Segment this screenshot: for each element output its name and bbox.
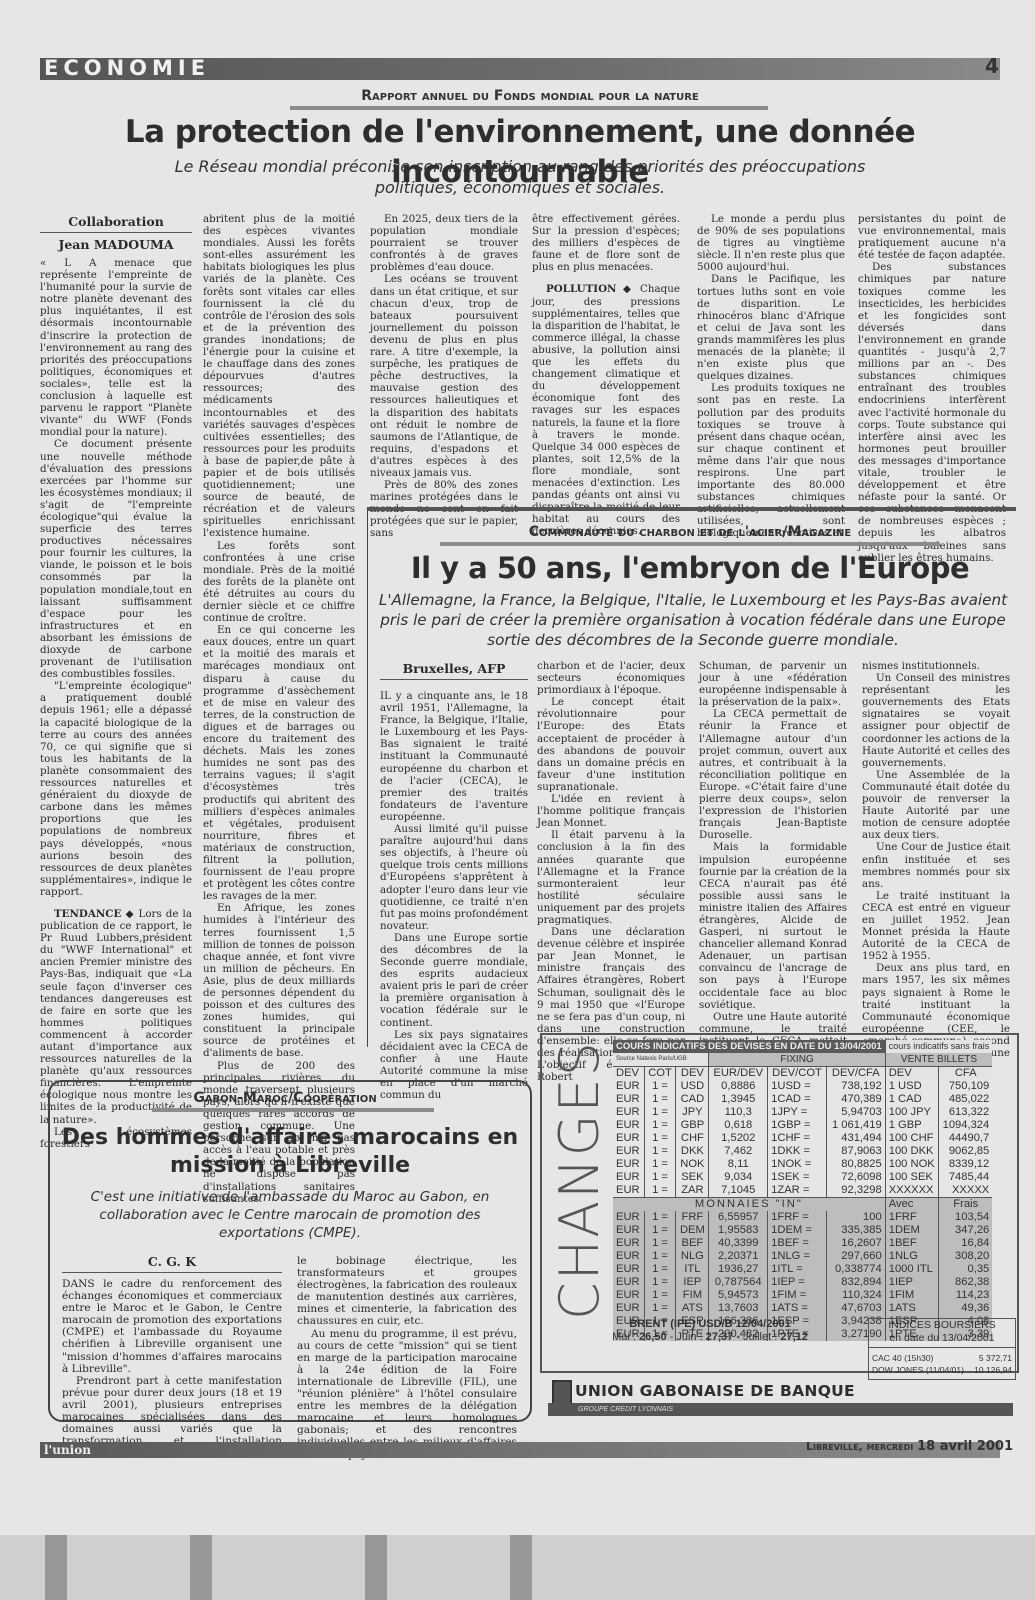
currency-row: EUR1 =DKK7,4621DKK =87,9063100 DKK9062,8…: [613, 1145, 992, 1158]
currency-cell: 1 =: [644, 1289, 676, 1302]
currency-cell: 100 DKK: [885, 1145, 938, 1158]
kicker-underline: [290, 106, 768, 110]
currency-cell: 6,55957: [709, 1211, 768, 1224]
currency-cell: 0,618: [709, 1119, 768, 1132]
paragraph: Le concept était révolutionnaire pour l'…: [537, 696, 685, 793]
currency-cell: 431,494: [826, 1132, 885, 1145]
currency-cell: FRF: [676, 1211, 709, 1224]
currency-cell: 8339,12: [939, 1158, 993, 1171]
currency-row: EUR1 =NOK8,111NOK =80,8825100 NOK8339,12: [613, 1158, 992, 1171]
brent-month: Juillet: [743, 1331, 771, 1343]
currency-cell: 1 =: [644, 1093, 676, 1106]
currency-cell: EUR: [613, 1276, 644, 1289]
currency-cell: 1 =: [644, 1302, 676, 1315]
article3-column-1: C. G. K DANS le cadre du renforcement de…: [62, 1253, 282, 1459]
currency-row: EUR1 =IEP0,7875641IEP =832,8941IEP862,38: [613, 1276, 992, 1289]
currency-cell: 40,3399: [709, 1237, 768, 1250]
article3-kicker: Gabon-Maroc/Coopération: [140, 1090, 430, 1106]
brent-value: 27,37: [706, 1331, 734, 1343]
byline: C. G. K: [62, 1253, 282, 1270]
bank-group: GROUPE CREDIT LYONNAIS: [548, 1403, 1013, 1416]
col-header: CFA: [939, 1067, 993, 1081]
currency-cell: 0,338774: [826, 1263, 885, 1276]
currency-cell: 1BEF =: [768, 1237, 827, 1250]
right-note: cours indicatifs sans frais: [885, 1040, 992, 1053]
currency-cell: 1USD =: [768, 1080, 827, 1093]
currency-row: EUR1 =GBP0,6181GBP =1 061,4191 GBP1094,3…: [613, 1119, 992, 1132]
col-header: EUR/DEV: [709, 1067, 768, 1081]
currency-cell: EUR: [613, 1158, 644, 1171]
currency-cell: 1094,324: [939, 1119, 993, 1132]
article1-kicker: Rapport annuel du Fonds mondial pour la …: [260, 88, 800, 104]
currency-cell: 1 =: [644, 1184, 676, 1198]
currency-cell: EUR: [613, 1080, 644, 1093]
currency-cell: BEF: [676, 1237, 709, 1250]
currency-cell: 832,894: [826, 1276, 885, 1289]
article2-top-rule: [368, 507, 1016, 511]
currency-cell: 1NOK =: [768, 1158, 827, 1171]
brent-prices: Mai : 26,50 - Juin : 27,37 - Juillet : 2…: [560, 1331, 860, 1344]
currency-cell: EUR: [613, 1211, 644, 1224]
indices-date: en date du 13/04/2001: [869, 1332, 1015, 1348]
paragraph: Des substances chimiques par nature toxi…: [858, 261, 1006, 563]
kicker-underline: [152, 1108, 434, 1112]
paragraph: La CECA permettait de réunir la France e…: [699, 708, 847, 841]
currency-cell: 738,192: [826, 1080, 885, 1093]
brent-month: Juin: [676, 1331, 696, 1343]
currency-cell: 100 CHF: [885, 1132, 938, 1145]
currency-cell: 1DEM: [885, 1224, 938, 1237]
date-prefix: Libreville, mercredi: [806, 1440, 913, 1453]
currency-cell: EUR: [613, 1171, 644, 1184]
kicker-underline: [440, 542, 940, 546]
date-value: 18 avril 2001: [917, 1439, 1013, 1454]
currency-cell: 470,389: [826, 1093, 885, 1106]
currency-cell: 750,109: [939, 1080, 993, 1093]
currency-cell: CHF: [676, 1132, 709, 1145]
currency-cell: 0,8886: [709, 1080, 768, 1093]
col-header: DEV/COT: [768, 1067, 827, 1081]
currency-cell: 1FIM: [885, 1289, 938, 1302]
currency-table-title: COURS INDICATIFS DES DEVISES EN DATE DU …: [613, 1040, 885, 1053]
paragraph: Aussi limité qu'il puisse paraître aujou…: [380, 823, 528, 932]
currency-cell: 100 NOK: [885, 1158, 938, 1171]
currency-cell: GBP: [676, 1119, 709, 1132]
currency-row: EUR1 =CAD1,39451CAD =470,3891 CAD485,022: [613, 1093, 992, 1106]
article1-column-3: En 2025, deux tiers de la population mon…: [370, 213, 518, 540]
currency-cell: EUR: [613, 1119, 644, 1132]
currency-cell: 1 =: [644, 1171, 676, 1184]
paragraph: Il était parvenu à la conclusion à la fi…: [537, 829, 685, 926]
currency-cell: 92,3298: [826, 1184, 885, 1198]
currency-cell: EUR: [613, 1145, 644, 1158]
currency-cell: 1ATS: [885, 1302, 938, 1315]
paragraph: Un Conseil des ministres représentant le…: [862, 672, 1010, 769]
currency-cell: 1 =: [644, 1145, 676, 1158]
currency-cell: 485,022: [939, 1093, 993, 1106]
currency-cell: USD: [676, 1080, 709, 1093]
article2-column-1: Bruxelles, AFP IL y a cinquante ans, le …: [380, 660, 528, 1101]
publication-logo: l'union: [44, 1442, 91, 1458]
currency-cell: 1 =: [644, 1106, 676, 1119]
article1-column-1: Collaboration Jean MADOUMA « L A menace …: [40, 213, 192, 1150]
source-note: Source Natexis Paris/UGB: [613, 1053, 709, 1067]
col-header: DEV: [676, 1067, 709, 1081]
currency-cell: 1JPY =: [768, 1106, 827, 1119]
paragraph: Dans une Europe sortie des décombres de …: [380, 932, 528, 1029]
brent-title: BRENT (IPE) USD/B 12/04/2001: [560, 1318, 860, 1331]
article2-column-4: nismes institutionnels. Un Conseil des m…: [862, 660, 1010, 1071]
byline-rule: [40, 232, 192, 233]
paragraph: persistantes du point de vue environneme…: [858, 213, 1006, 261]
currency-cell: EUR: [613, 1302, 644, 1315]
currency-cell: EUR: [613, 1263, 644, 1276]
paragraph: En 2025, deux tiers de la population mon…: [370, 213, 518, 273]
currency-table: COURS INDICATIFS DES DEVISES EN DATE DU …: [613, 1040, 992, 1341]
currency-cell: 1 =: [644, 1250, 676, 1263]
currency-cell: NOK: [676, 1158, 709, 1171]
currency-cell: 1BEF: [885, 1237, 938, 1250]
index-value: 5 372,71: [979, 1353, 1012, 1363]
stock-indices: INDICES BOURSIERS en date du 13/04/2001 …: [868, 1318, 1016, 1380]
paragraph: « L A menace que représente l'empreinte …: [40, 257, 192, 438]
currency-cell: 1CAD =: [768, 1093, 827, 1106]
bank-name: UNION GABONAISE DE BANQUE: [575, 1382, 855, 1400]
currency-cell: 308,20: [939, 1250, 993, 1263]
currency-cell: XXXXX: [939, 1184, 993, 1198]
paragraph: le bobinage électrique, les transformate…: [297, 1255, 517, 1328]
currency-cell: XXXXXX: [885, 1184, 938, 1198]
currency-cell: 16,84: [939, 1237, 993, 1250]
currency-cell: 8,11: [709, 1158, 768, 1171]
currency-cell: 1FRF =: [768, 1211, 827, 1224]
page-number: 4: [985, 54, 999, 78]
currency-cell: 1 CAD: [885, 1093, 938, 1106]
paragraph: Le monde a perdu plus de 90% de ses popu…: [697, 213, 845, 273]
article1-deck: Le Réseau mondial préconise son inscript…: [170, 156, 870, 198]
currency-cell: 1NLG =: [768, 1250, 827, 1263]
currency-cell: 100 JPY: [885, 1106, 938, 1119]
currency-cell: 1CHF =: [768, 1132, 827, 1145]
currency-cell: EUR: [613, 1093, 644, 1106]
currency-cell: 1 =: [644, 1224, 676, 1237]
index-row: DOW JONES (11/04/01) 10 126,94: [869, 1363, 1015, 1375]
paragraph: En Afrique, les zones humides à l'intéri…: [203, 902, 355, 1059]
paragraph: DANS le cadre du renforcement des échang…: [62, 1278, 282, 1375]
section-title: ECONOMIE: [44, 56, 210, 80]
col-header: DEV: [613, 1067, 644, 1081]
currency-cell: 1936,27: [709, 1263, 768, 1276]
currency-cell: 1 =: [644, 1211, 676, 1224]
article3-column-2: le bobinage électrique, les transformate…: [297, 1255, 517, 1461]
currency-cell: 1 =: [644, 1080, 676, 1093]
article2-column-3: Schuman, de parvenir un jour à une «fédé…: [699, 660, 847, 1071]
currency-cell: 1 061,419: [826, 1119, 885, 1132]
currency-cell: 297,660: [826, 1250, 885, 1263]
currency-cell: 1 USD: [885, 1080, 938, 1093]
paragraph: Une Assemblée de la Communauté était dot…: [862, 769, 1010, 842]
currency-cell: 1IEP: [885, 1276, 938, 1289]
currency-cell: 49,36: [939, 1302, 993, 1315]
article2-left-rule: [367, 507, 368, 1047]
currency-cell: 1 =: [644, 1237, 676, 1250]
article2-headline: Il y a 50 ans, l'embryon de l'Europe: [370, 548, 1010, 588]
currency-cell: 1DKK =: [768, 1145, 827, 1158]
paragraph: charbon et de l'acier, deux secteurs éco…: [537, 660, 685, 696]
article1-column-6: persistantes du point de vue environneme…: [858, 213, 1006, 564]
currency-row: EUR1 =FRF6,559571FRF =1001FRF103,54: [613, 1211, 992, 1224]
monnaies-in-label: MONNAIES "IN": [613, 1198, 885, 1212]
currency-cell: 7485,44: [939, 1171, 993, 1184]
currency-row: EUR1 =USD0,88861USD =738,1921 USD750,109: [613, 1080, 992, 1093]
paragraph: Le traité instituant la CECA est entré e…: [862, 890, 1010, 963]
currency-cell: 335,385: [826, 1224, 885, 1237]
currency-cell: 9062,85: [939, 1145, 993, 1158]
vente-label: VENTE BILLETS: [885, 1053, 992, 1067]
brent-block: BRENT (IPE) USD/B 12/04/2001 Mai : 26,50…: [560, 1318, 860, 1344]
currency-cell: EUR: [613, 1132, 644, 1145]
currency-cell: 1FRF: [885, 1211, 938, 1224]
currency-cell: 1DEM =: [768, 1224, 827, 1237]
fixing-label: FIXING: [709, 1053, 885, 1067]
paragraph: "L'empreinte écologique" a pratiquement …: [40, 680, 192, 898]
col-header: COT: [644, 1067, 676, 1081]
paragraph-text: Chaque jour, des pressions supplémentair…: [532, 283, 680, 537]
article2-deck: L'Allemagne, la France, la Belgique, l'I…: [378, 590, 1008, 650]
byline-rule: [62, 1272, 282, 1273]
paragraph: nismes institutionnels.: [862, 660, 1010, 672]
currency-row: EUR1 =FIM5,945731FIM =110,3241FIM114,23: [613, 1289, 992, 1302]
index-name: CAC 40 (15h30): [872, 1353, 933, 1363]
paragraph: L'idée en revient à l'homme politique fr…: [537, 793, 685, 829]
currency-cell: EUR: [613, 1289, 644, 1302]
currency-cell: 7,462: [709, 1145, 768, 1158]
currency-cell: 103,54: [939, 1211, 993, 1224]
paragraph: Dans le Pacifique, les tortues luths son…: [697, 273, 845, 382]
paragraph: abritent plus de la moitié des espèces v…: [203, 213, 355, 540]
frais-label: Frais: [939, 1198, 993, 1212]
paragraph: être effectivement gérées. Sur la pressi…: [532, 213, 680, 273]
scan-shadow: [45, 1535, 67, 1600]
currency-row: EUR1 =ATS13,76031ATS =47,67031ATS49,36: [613, 1302, 992, 1315]
subhead-pollution: POLLUTION ◆: [546, 283, 634, 295]
currency-cell: 87,9063: [826, 1145, 885, 1158]
currency-cell: 110,324: [826, 1289, 885, 1302]
currency-cell: 0,787564: [709, 1276, 768, 1289]
currency-cell: 613,322: [939, 1106, 993, 1119]
indices-title: INDICES BOURSIERS: [869, 1319, 1015, 1332]
currency-cell: 1 =: [644, 1263, 676, 1276]
currency-cell: 1 =: [644, 1119, 676, 1132]
currency-cell: 347,26: [939, 1224, 993, 1237]
article1-column-2: abritent plus de la moitié des espèces v…: [203, 213, 355, 1205]
currency-row: EUR1 =JPY110,31JPY =5,94703100 JPY613,32…: [613, 1106, 992, 1119]
currency-cell: DEM: [676, 1224, 709, 1237]
paragraph: Les produits toxiques ne sont pas en res…: [697, 382, 845, 539]
currency-rows: EUR1 =USD0,88861USD =738,1921 USD750,109…: [613, 1080, 992, 1198]
paragraph: IL y a cinquante ans, le 18 avril 1951, …: [380, 690, 528, 823]
currency-cell: 100: [826, 1211, 885, 1224]
currency-cell: 1,95583: [709, 1224, 768, 1237]
currency-cell: FIM: [676, 1289, 709, 1302]
currency-row: EUR1 =ZAR7,10451ZAR =92,3298XXXXXXXXXXX: [613, 1184, 992, 1198]
currency-cell: 5,94573: [709, 1289, 768, 1302]
subhead-tendance: TENDANCE ◆: [54, 908, 134, 920]
currency-cell: 2,20371: [709, 1250, 768, 1263]
index-name: DOW JONES (11/04/01): [872, 1365, 964, 1375]
currency-row: EUR1 =NLG2,203711NLG =297,6601NLG308,20: [613, 1250, 992, 1263]
currency-cell: 1IEP =: [768, 1276, 827, 1289]
article2-kicker: Communauté du charbon et de l'acier/Maga…: [440, 524, 940, 540]
currency-cell: IEP: [676, 1276, 709, 1289]
article1-column-5: Le monde a perdu plus de 90% de ses popu…: [697, 213, 845, 540]
currency-cell: 16,2607: [826, 1237, 885, 1250]
currency-row: EUR1 =CHF1,52021CHF =431,494100 CHF44490…: [613, 1132, 992, 1145]
currency-cell: ZAR: [676, 1184, 709, 1198]
currency-cell: 1 =: [644, 1276, 676, 1289]
footer-date: Libreville, mercredi 18 avril 2001: [806, 1439, 1013, 1454]
paragraph: En ce qui concerne les eaux douces, entr…: [203, 624, 355, 902]
currency-cell: EUR: [613, 1250, 644, 1263]
scan-shadow: [365, 1535, 387, 1600]
paragraph: Mais la formidable impulsion européenne …: [699, 841, 847, 1010]
currency-cell: EUR: [613, 1237, 644, 1250]
index-value: 10 126,94: [974, 1365, 1012, 1375]
currency-cell: 1 =: [644, 1132, 676, 1145]
currency-cell: ITL: [676, 1263, 709, 1276]
currency-cell: 13,7603: [709, 1302, 768, 1315]
currency-cell: 1 GBP: [885, 1119, 938, 1132]
paragraph: Les forêts sont confrontées à une crise …: [203, 540, 355, 625]
currency-cell: 80,8825: [826, 1158, 885, 1171]
currency-cell: 9,034: [709, 1171, 768, 1184]
index-row: CAC 40 (15h30) 5 372,71: [869, 1348, 1015, 1363]
currency-cell: EUR: [613, 1184, 644, 1198]
currency-cell: 0,35: [939, 1263, 993, 1276]
paragraph: Au menu du programme, il est prévu, au c…: [297, 1328, 517, 1461]
in-header-row: MONNAIES "IN" Avec Frais: [613, 1198, 992, 1212]
currency-cell: 1FIM =: [768, 1289, 827, 1302]
article1-column-4: être effectivement gérées. Sur la pressi…: [532, 213, 680, 537]
newspaper-page: ECONOMIE 4 Rapport annuel du Fonds mondi…: [0, 0, 1035, 1535]
paragraph: Les océans se trouvent dans un état crit…: [370, 273, 518, 479]
article2-column-2: charbon et de l'acier, deux secteurs éco…: [537, 660, 685, 1083]
changes-side-label: CHANGES: [548, 1050, 608, 1320]
currency-cell: SEK: [676, 1171, 709, 1184]
currency-cell: EUR: [613, 1224, 644, 1237]
currency-row: EUR1 =SEK9,0341SEK =72,6098100 SEK7485,4…: [613, 1171, 992, 1184]
article3-headline: Des hommes d'affaires marocains en missi…: [55, 1124, 525, 1180]
paragraph: Une Cour de Justice était enfin institué…: [862, 841, 1010, 889]
currency-cell: 1ITL =: [768, 1263, 827, 1276]
currency-cell: 7,1045: [709, 1184, 768, 1198]
currency-cell: 100 SEK: [885, 1171, 938, 1184]
brent-month: Mai: [612, 1331, 630, 1343]
currency-row: EUR1 =ITL1936,271ITL =0,3387741000 ITL0,…: [613, 1263, 992, 1276]
currency-cell: EUR: [613, 1106, 644, 1119]
currency-cell: 72,6098: [826, 1171, 885, 1184]
paragraph: Ce document présente une nouvelle méthod…: [40, 438, 192, 680]
scan-shadow: [510, 1535, 532, 1600]
currency-cell: 1SEK =: [768, 1171, 827, 1184]
currency-cell: 44490,7: [939, 1132, 993, 1145]
currency-cell: 1GBP =: [768, 1119, 827, 1132]
avec-label: Avec: [885, 1198, 938, 1212]
paragraph: Schuman, de parvenir un jour à une «fédé…: [699, 660, 847, 708]
article3-deck: C'est une initiative de l'ambassade du M…: [70, 1188, 510, 1242]
currency-cell: ATS: [676, 1302, 709, 1315]
currency-cell: 1,3945: [709, 1093, 768, 1106]
currency-cell: 1,5202: [709, 1132, 768, 1145]
currency-cell: 47,6703: [826, 1302, 885, 1315]
col-header: DEV/CFA: [826, 1067, 885, 1081]
byline-label: Collaboration: [40, 213, 192, 230]
byline-rule: [380, 679, 528, 680]
byline-author: Jean MADOUMA: [40, 236, 192, 253]
currency-cell: 1000 ITL: [885, 1263, 938, 1276]
col-header: DEV: [885, 1067, 938, 1081]
currency-cell: 114,23: [939, 1289, 993, 1302]
currency-row: EUR1 =DEM1,955831DEM =335,3851DEM347,26: [613, 1224, 992, 1237]
header-row: DEV COT DEV EUR/DEV DEV/COT DEV/CFA DEV …: [613, 1067, 992, 1081]
byline: Bruxelles, AFP: [380, 660, 528, 677]
currency-cell: 1 =: [644, 1158, 676, 1171]
currency-cell: JPY: [676, 1106, 709, 1119]
currency-cell: NLG: [676, 1250, 709, 1263]
currency-cell: 1NLG: [885, 1250, 938, 1263]
currency-cell: 110,3: [709, 1106, 768, 1119]
paragraph-pollution: POLLUTION ◆ Chaque jour, des pressions s…: [532, 283, 680, 537]
currency-cell: 1ZAR =: [768, 1184, 827, 1198]
scan-background: [0, 1535, 1035, 1600]
currency-cell: 5,94703: [826, 1106, 885, 1119]
currency-row: EUR1 =BEF40,33991BEF =16,26071BEF16,84: [613, 1237, 992, 1250]
brent-value: 26,50: [639, 1331, 667, 1343]
currency-cell: 862,38: [939, 1276, 993, 1289]
currency-cell: DKK: [676, 1145, 709, 1158]
scan-shadow: [190, 1535, 212, 1600]
currency-cell: 1ATS =: [768, 1302, 827, 1315]
currency-cell: CAD: [676, 1093, 709, 1106]
brent-value: 27,12: [780, 1331, 808, 1343]
